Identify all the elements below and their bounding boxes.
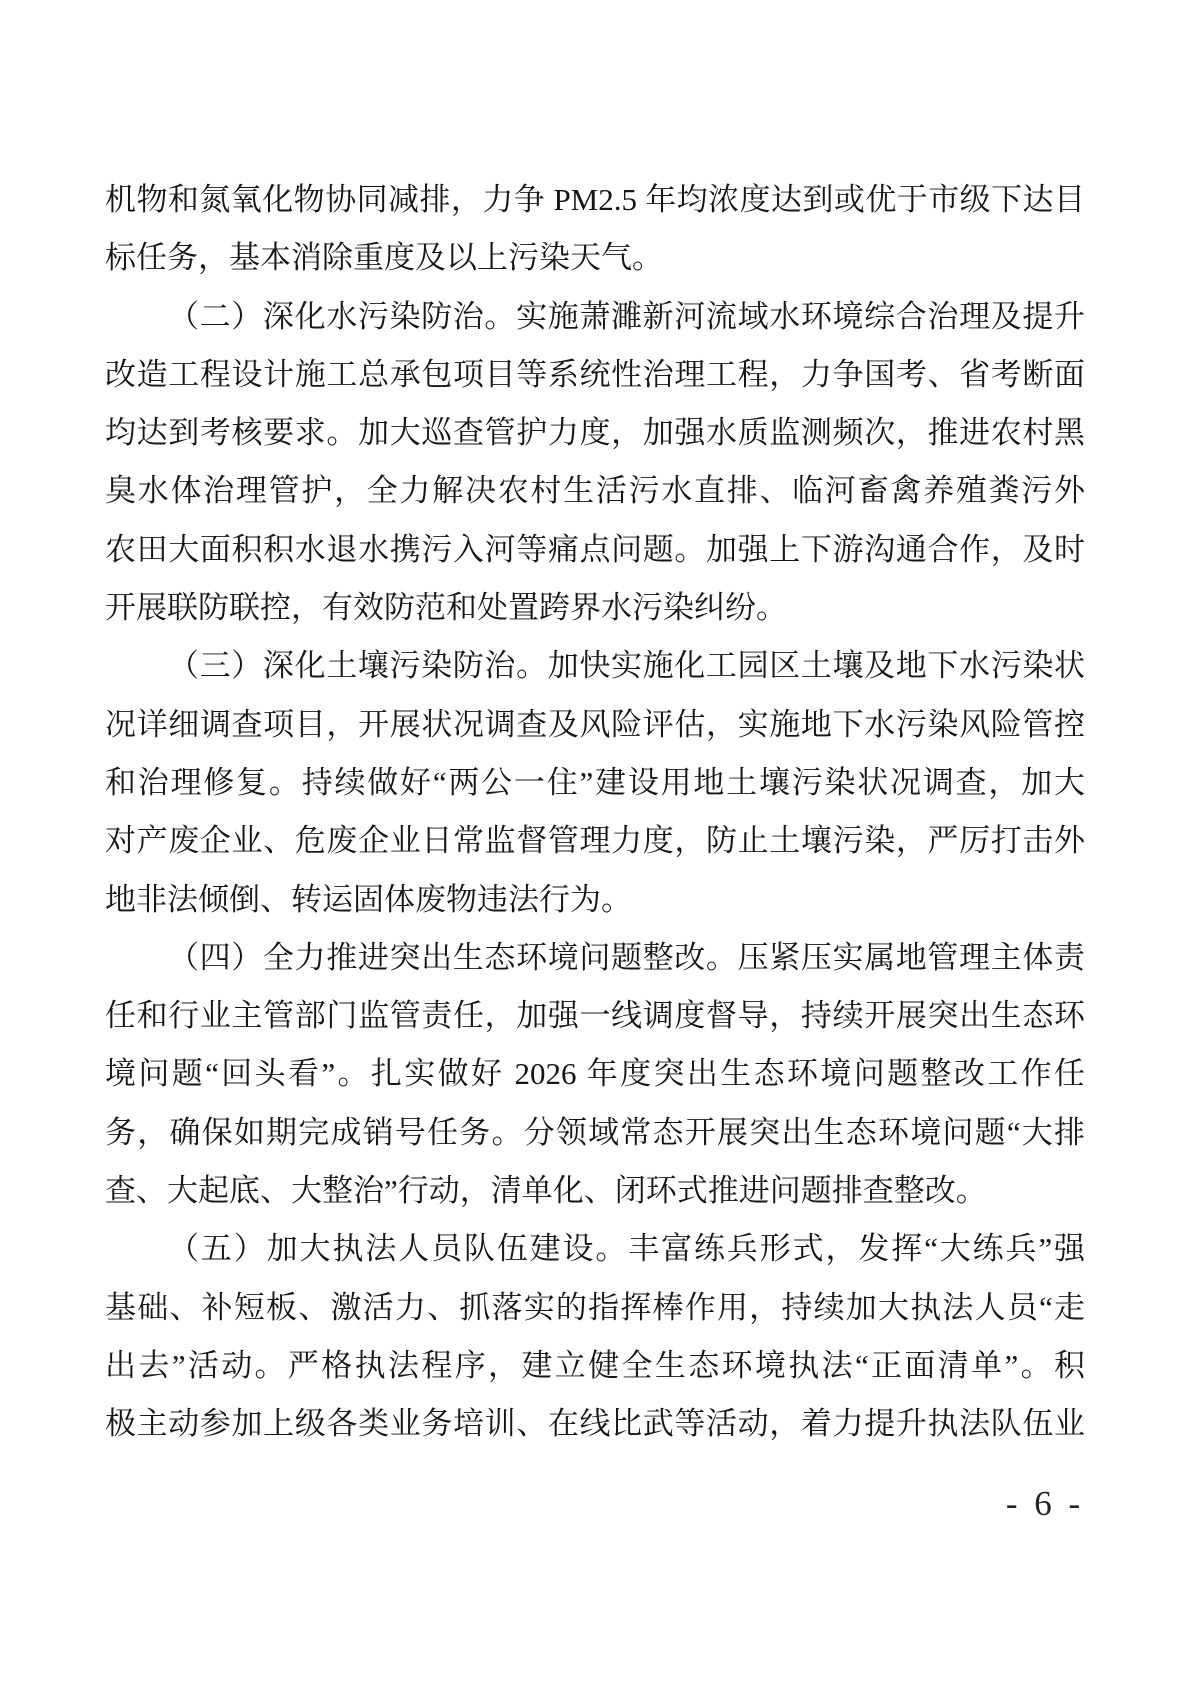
text-line: （二）深化水污染防治。实施萧濉新河流域水环境综合治理及提升	[105, 288, 1085, 346]
text-line: （五）加大执法人员队伍建设。丰富练兵形式，发挥“大练兵”强	[105, 1220, 1085, 1278]
text-line: 开展联防联控，有效防范和处置跨界水污染纠纷。	[105, 579, 1085, 637]
body-text: 机物和氮氧化物协同减排，力争 PM2.5 年均浓度达到或优于市级下达目 标任务，…	[105, 171, 1085, 1454]
text-line: 农田大面积积水退水携污入河等痛点问题。加强上下游沟通合作，及时	[105, 521, 1085, 579]
text-line: 境问题“回头看”。扎实做好 2026 年度突出生态环境问题整改工作任	[105, 1045, 1085, 1103]
text-line: 出去”活动。严格执法程序，建立健全生态环境执法“正面清单”。积	[105, 1337, 1085, 1395]
text-line: 务，确保如期完成销号任务。分领域常态开展突出生态环境问题“大排	[105, 1104, 1085, 1162]
text-line: 基础、补短板、激活力、抓落实的指挥棒作用，持续加大执法人员“走	[105, 1279, 1085, 1337]
text-line: 极主动参加上级各类业务培训、在线比武等活动，着力提升执法队伍业	[105, 1395, 1085, 1453]
text-line: （三）深化土壤污染防治。加快实施化工园区土壤及地下水污染状	[105, 637, 1085, 695]
document-page: 机物和氮氧化物协同减排，力争 PM2.5 年均浓度达到或优于市级下达目 标任务，…	[0, 0, 1190, 1683]
page-number: - 6 -	[998, 1484, 1088, 1524]
text-line: 标任务，基本消除重度及以上污染天气。	[105, 229, 1085, 287]
text-line: 况详细调查项目，开展状况调查及风险评估，实施地下水污染风险管控	[105, 696, 1085, 754]
text-line: 对产废企业、危废企业日常监督管理力度，防止土壤污染，严厉打击外	[105, 812, 1085, 870]
text-line: 和治理修复。持续做好“两公一住”建设用地土壤污染状况调查，加大	[105, 754, 1085, 812]
text-line: 任和行业主管部门监管责任，加强一线调度督导，持续开展突出生态环	[105, 987, 1085, 1045]
text-line: 改造工程设计施工总承包项目等系统性治理工程，力争国考、省考断面	[105, 346, 1085, 404]
text-line: 查、大起底、大整治”行动，清单化、闭环式推进问题排查整改。	[105, 1162, 1085, 1220]
text-line: （四）全力推进突出生态环境问题整改。压紧压实属地管理主体责	[105, 929, 1085, 987]
text-line: 地非法倾倒、转运固体废物违法行为。	[105, 871, 1085, 929]
text-line: 机物和氮氧化物协同减排，力争 PM2.5 年均浓度达到或优于市级下达目	[105, 171, 1085, 229]
text-line: 均达到考核要求。加大巡查管护力度，加强水质监测频次，推进农村黑	[105, 404, 1085, 462]
text-line: 臭水体治理管护，全力解决农村生活污水直排、临河畜禽养殖粪污外溢、	[105, 462, 1085, 520]
